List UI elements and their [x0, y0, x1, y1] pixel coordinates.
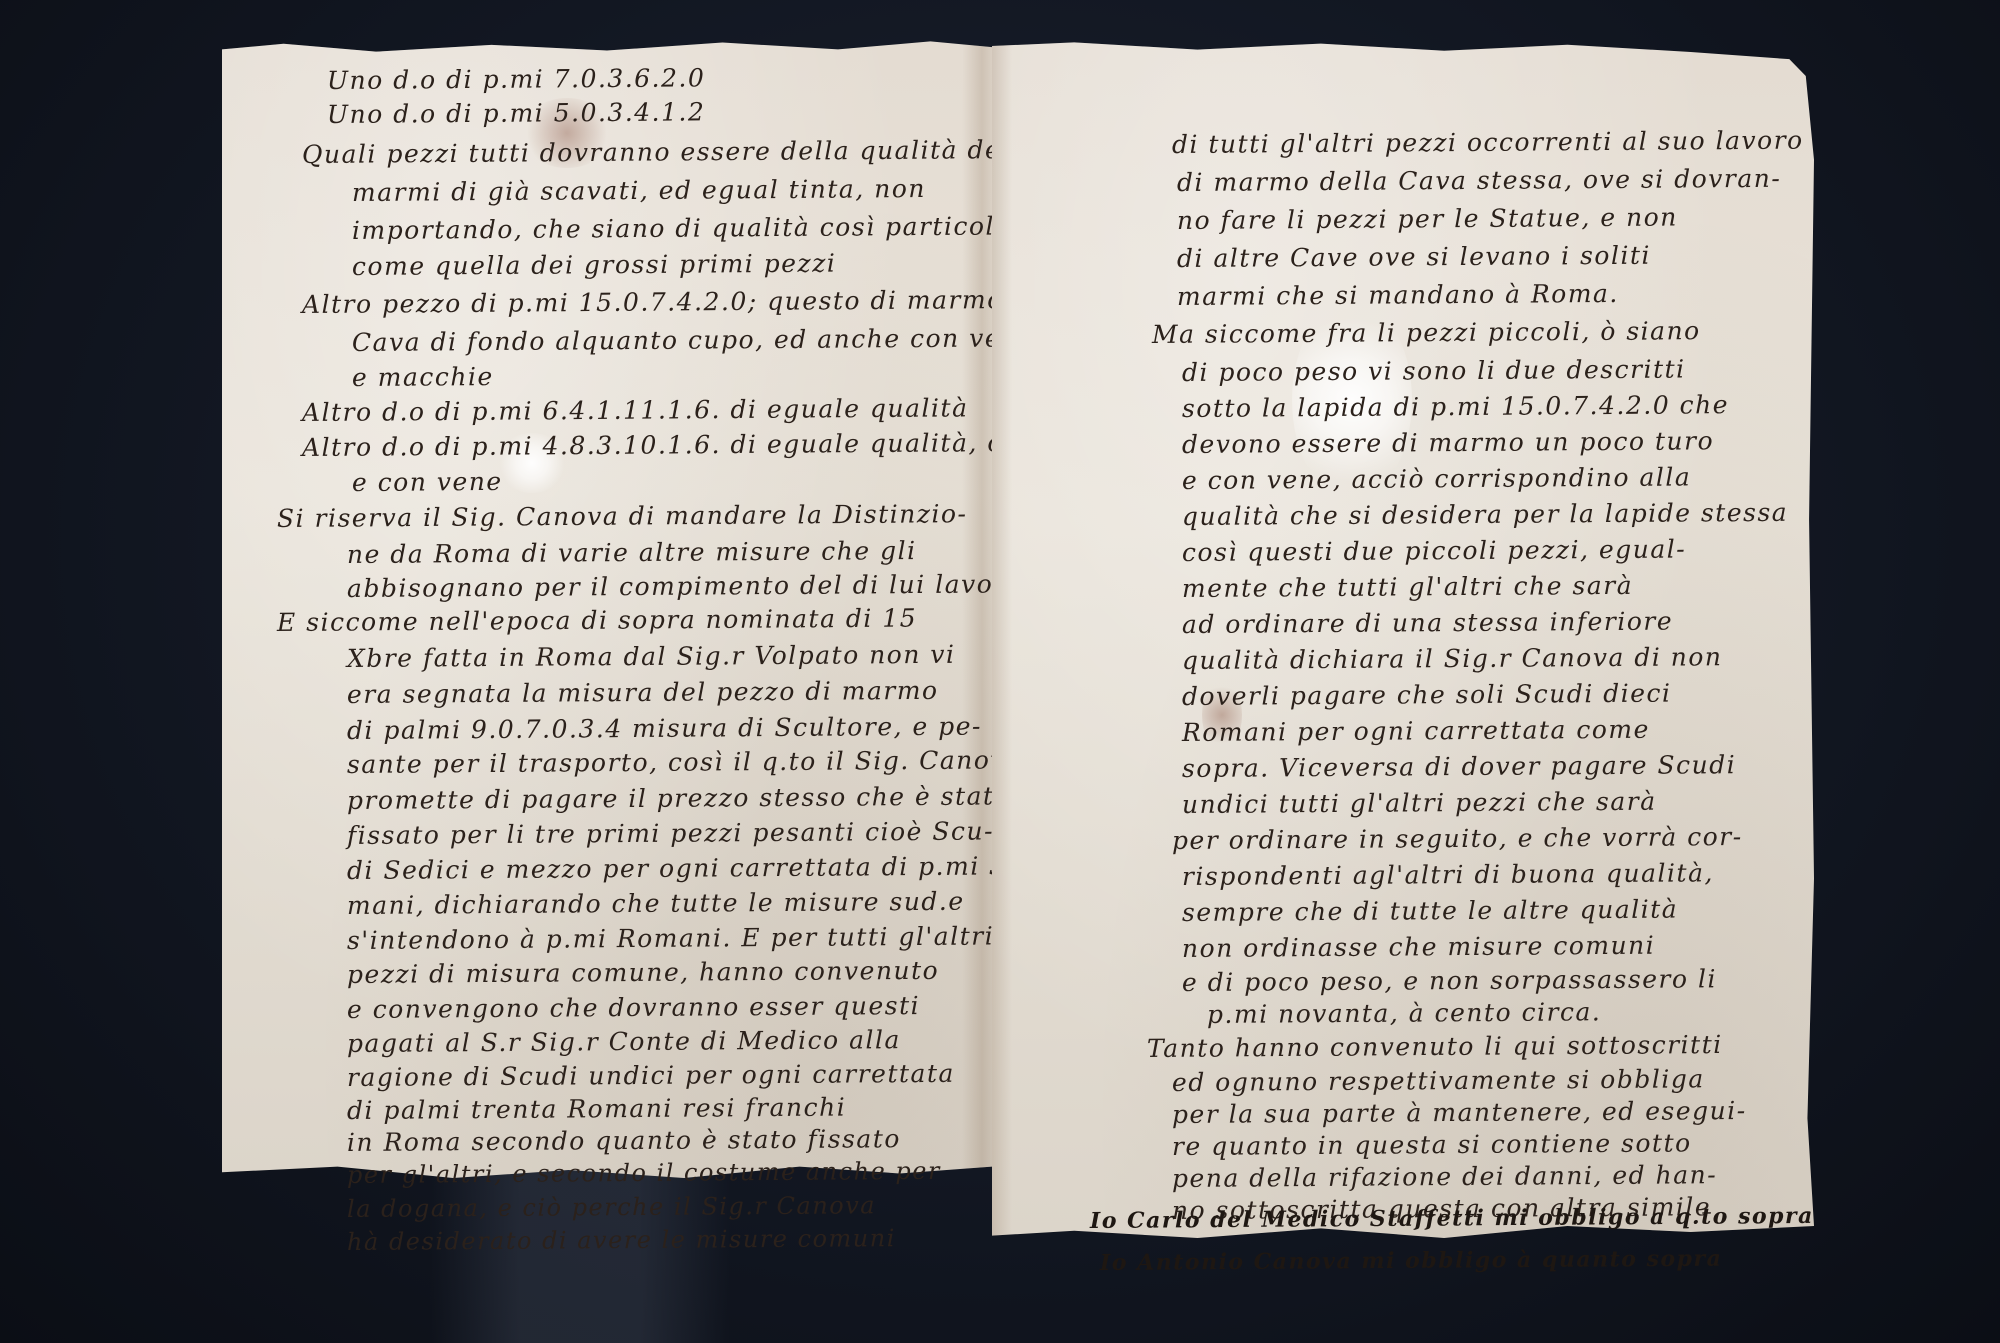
manuscript-line: sotto la lapida di p.mi 15.0.7.4.2.0 che [1182, 390, 1729, 423]
manuscript-line: sempre che di tutte le altre qualità [1182, 895, 1678, 927]
manuscript-line: s'intendono à p.mi Romani. E per tutti g… [347, 921, 994, 955]
manuscript-line: p.mi novanta, à cento circa. [1207, 997, 1602, 1029]
manuscript-line: non ordinasse che misure comuni [1182, 931, 1655, 963]
signature-antonio-canova: Io Antonio Canova mi obbligo à quanto so… [1100, 1246, 1723, 1276]
manuscript-line: di marmo della Cava stessa, ove si dovra… [1177, 164, 1781, 197]
manuscript-line: Uno d.o di p.mi 7.0.3.6.2.0 [327, 63, 706, 95]
manuscript-line: di altre Cave ove si levano i soliti [1177, 241, 1651, 273]
manuscript-line: e con vene, acciò corrispondino alla [1182, 462, 1691, 495]
manuscript-line: hà desiderato di avere le misure comuni [347, 1224, 896, 1256]
manuscript-line: promette di pagare il prezzo stesso che … [347, 781, 1011, 815]
manuscript-line: di palmi trenta Romani resi franchi [347, 1093, 846, 1125]
manuscript-line: ragione di Scudi undici per ogni carrett… [347, 1059, 955, 1092]
manuscript-line: E siccome nell'epoca di sopra nominata d… [277, 604, 917, 637]
manuscript-line: Xbre fatta in Roma dal Sig.r Volpato non… [347, 640, 956, 673]
manuscript-line: e di poco peso, e non sorpassassero li [1182, 964, 1717, 997]
manuscript-line: era segnata la misura del pezzo di marmo [347, 676, 939, 709]
manuscript-line: undici tutti gl'altri pezzi che sarà [1182, 787, 1657, 819]
manuscript-left-page: Uno d.o di p.mi 7.0.3.6.2.0 Uno d.o di p… [222, 38, 992, 1178]
manuscript-line: sante per il trasporto, così il q.to il … [347, 745, 1023, 779]
manuscript-line: di tutti gl'altri pezzi occorrenti al su… [1172, 126, 1804, 159]
manuscript-line: per la sua parte à mantenere, ed esegui- [1172, 1096, 1747, 1129]
manuscript-line: qualità dichiara il Sig.r Canova di non [1182, 642, 1723, 675]
manuscript-line: sopra. Viceversa di dover pagare Scudi [1182, 750, 1736, 783]
manuscript-line: e macchie [352, 362, 494, 392]
manuscript-line: la dogana, e ciò perche il Sig.r Canova [347, 1191, 876, 1223]
manuscript-line: in Roma secondo quanto è stato fissato [347, 1124, 901, 1157]
manuscript-line: e con vene [352, 467, 503, 497]
manuscript-line: ne da Roma di varie altre misure che gli [347, 536, 917, 569]
manuscript-line: di poco peso vi sono li due descritti [1182, 354, 1686, 387]
manuscript-line: fissato per li tre primi pezzi pesanti c… [347, 816, 994, 850]
manuscript-line: Ma siccome fra li pezzi piccoli, ò siano [1152, 316, 1701, 349]
manuscript-line: no fare li pezzi per le Statue, e non [1177, 203, 1678, 235]
manuscript-line: di Sedici e mezzo per ogni carrettata di… [347, 851, 1080, 885]
manuscript-line: re quanto in questa si contiene sotto [1172, 1128, 1692, 1161]
manuscript-line: mani, dichiarando che tutte le misure su… [347, 887, 965, 920]
manuscript-right-page: di tutti gl'altri pezzi occorrenti al su… [992, 40, 1814, 1238]
manuscript-line: importando, che siano di qualità così pa… [352, 211, 1041, 245]
manuscript-line: Si riserva il Sig. Canova di mandare la … [277, 499, 968, 533]
manuscript-line: marmi di già scavati, ed egual tinta, no… [352, 174, 926, 207]
manuscript-line: come quella dei grossi primi pezzi [352, 249, 837, 281]
manuscript-line: marmi che si mandano à Roma. [1177, 279, 1619, 311]
manuscript-line: doverli pagare che soli Scudi dieci [1182, 679, 1672, 711]
signature-carlo-del-medico: Io Carlo del Medico Staffetti mi obbligo… [1090, 1203, 1814, 1234]
manuscript-line: Romani per ogni carrettata come [1182, 715, 1650, 747]
manuscript-line: pena della rifazione dei danni, ed han- [1172, 1160, 1717, 1193]
manuscript-line: per ordinare in seguito, e che vorrà cor… [1172, 822, 1743, 855]
manuscript-line: di palmi 9.0.7.0.3.4 misura di Scultore,… [347, 712, 982, 745]
manuscript-line: ad ordinare di una stessa inferiore [1182, 607, 1673, 639]
manuscript-line: pagati al S.r Sig.r Conte di Medico alla [347, 1025, 901, 1058]
manuscript-line: mente che tutti gl'altri che sarà [1182, 571, 1633, 603]
manuscript-line: così questi due piccoli pezzi, egual- [1182, 534, 1686, 567]
manuscript-line: ed ognuno respettivamente si obbliga [1172, 1064, 1705, 1097]
manuscript-line: Uno d.o di p.mi 5.0.3.4.1.2 [327, 97, 706, 129]
manuscript-line: Quali pezzi tutti dovranno essere della … [302, 135, 1011, 169]
manuscript-line: qualità che si desidera per la lapide st… [1182, 498, 1788, 531]
manuscript-line: rispondenti agl'altri di buona qualità, [1182, 858, 1714, 891]
manuscript-line: pezzi di misura comune, hanno convenuto [347, 956, 939, 989]
manuscript-line: per gl'altri, e secondo il costume anche… [347, 1157, 941, 1189]
manuscript-line: e convengono che dovranno esser questi [347, 991, 920, 1024]
manuscript-line: Cava di fondo alquanto cupo, ed anche co… [352, 323, 1035, 357]
manuscript-line: devono essere di marmo un poco turo [1182, 426, 1714, 459]
manuscript-line: Tanto hanno convenuto li qui sottoscritt… [1147, 1030, 1723, 1063]
manuscript-line: Altro d.o di p.mi 6.4.1.11.1.6. di egual… [302, 393, 969, 427]
manuscript-line: abbisognano per il compimento del di lui… [347, 569, 1023, 603]
